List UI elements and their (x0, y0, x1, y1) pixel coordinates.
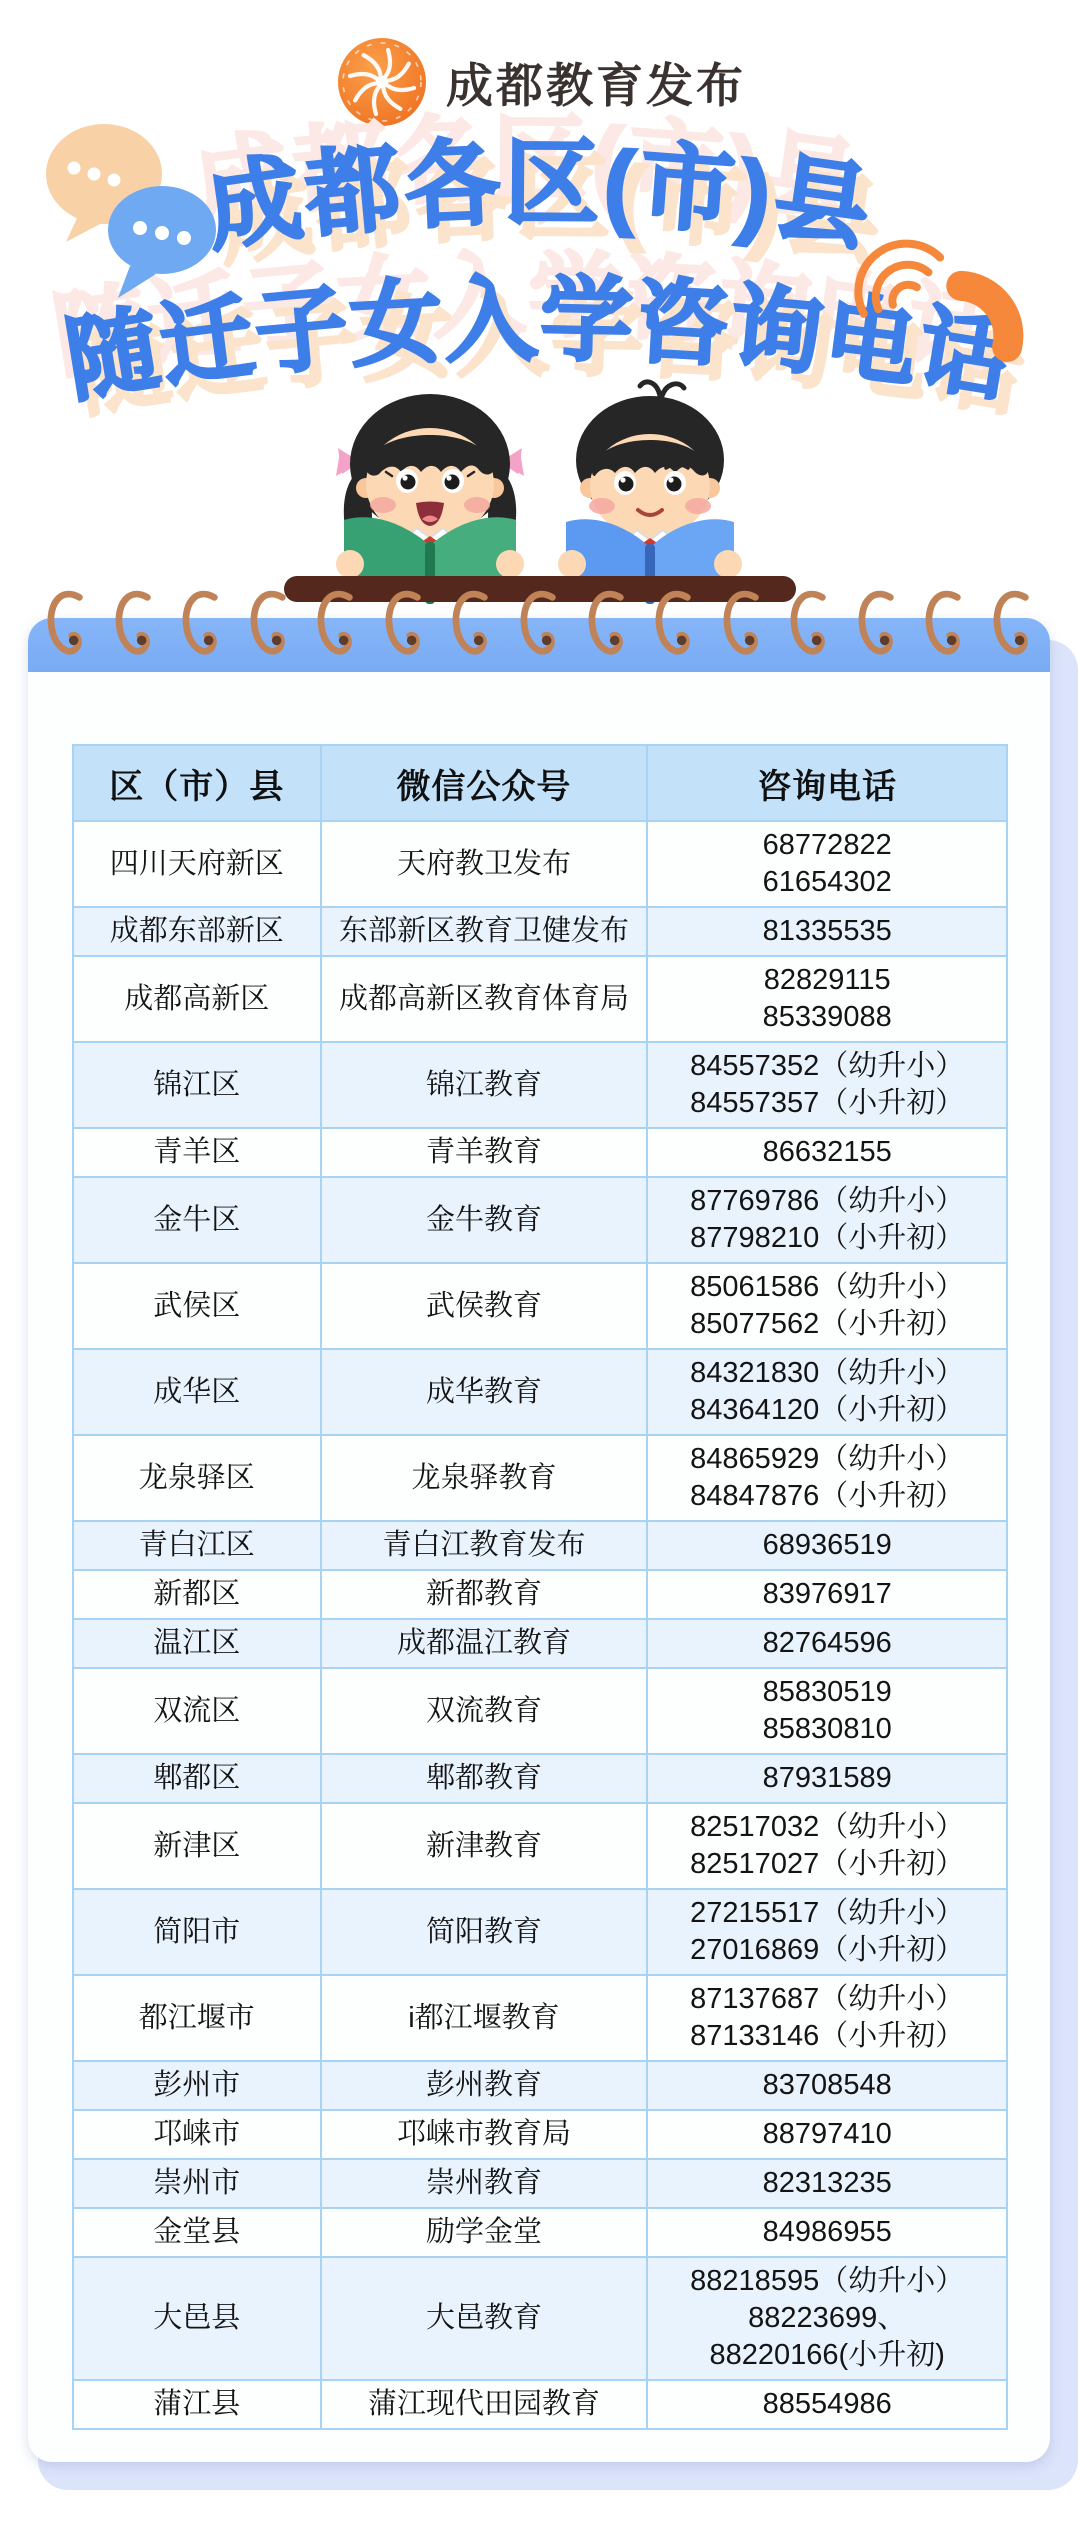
header-phone: 咨询电话 (647, 745, 1007, 821)
district-cell: 龙泉驿区 (73, 1435, 321, 1521)
spiral-ring-icon (585, 584, 629, 670)
header-wechat-account: 微信公众号 (321, 745, 648, 821)
account-cell: 蒲江现代田园教育 (321, 2380, 648, 2429)
spiral-ring-icon (449, 584, 493, 670)
header-district: 区（市）县 (73, 745, 321, 821)
account-cell: 天府教卫发布 (321, 821, 648, 907)
district-cell: 蒲江县 (73, 2380, 321, 2429)
district-cell: 成都高新区 (73, 956, 321, 1042)
spiral-ring-icon (922, 584, 966, 670)
district-cell: 青羊区 (73, 1128, 321, 1177)
phone-cell: 82764596 (647, 1619, 1007, 1668)
notebook-page: 区（市）县 微信公众号 咨询电话 四川天府新区天府教卫发布68772822 61… (28, 618, 1050, 2462)
table-header-row: 区（市）县 微信公众号 咨询电话 (73, 745, 1007, 821)
phone-cell: 82829115 85339088 (647, 956, 1007, 1042)
table-row: 龙泉驿区龙泉驿教育84865929（幼升小） 84847876（小升初） (73, 1435, 1007, 1521)
table-row: 简阳市简阳教育27215517（幼升小） 27016869（小升初） (73, 1889, 1007, 1975)
contact-table-wrap: 区（市）县 微信公众号 咨询电话 四川天府新区天府教卫发布68772822 61… (72, 744, 1008, 2430)
table-row: 青白江区青白江教育发布68936519 (73, 1521, 1007, 1570)
children-reading-illustration (280, 372, 800, 607)
logo-title: 成都教育发布 (446, 49, 746, 116)
table-row: 成华区成华教育84321830（幼升小） 84364120（小升初） (73, 1349, 1007, 1435)
phone-cell: 84321830（幼升小） 84364120（小升初） (647, 1349, 1007, 1435)
phone-cell: 68772822 61654302 (647, 821, 1007, 907)
spiral-ring-icon (179, 584, 223, 670)
account-cell: 励学金堂 (321, 2208, 648, 2257)
phone-cell: 84986955 (647, 2208, 1007, 2257)
district-cell: 大邑县 (73, 2257, 321, 2380)
account-cell: 成华教育 (321, 1349, 648, 1435)
table-row: 金堂县励学金堂84986955 (73, 2208, 1007, 2257)
district-cell: 简阳市 (73, 1889, 321, 1975)
district-cell: 双流区 (73, 1668, 321, 1754)
phone-cell: 87137687（幼升小） 87133146（小升初） (647, 1975, 1007, 2061)
phone-cell: 88554986 (647, 2380, 1007, 2429)
district-cell: 崇州市 (73, 2159, 321, 2208)
district-cell: 锦江区 (73, 1042, 321, 1128)
account-cell: 龙泉驿教育 (321, 1435, 648, 1521)
table-row: 新津区新津教育82517032（幼升小） 82517027（小升初） (73, 1803, 1007, 1889)
phone-cell: 83708548 (647, 2061, 1007, 2110)
phone-cell: 86632155 (647, 1128, 1007, 1177)
phone-cell: 82517032（幼升小） 82517027（小升初） (647, 1803, 1007, 1889)
phone-cell: 27215517（幼升小） 27016869（小升初） (647, 1889, 1007, 1975)
account-cell: 崇州教育 (321, 2159, 648, 2208)
table-row: 大邑县大邑教育88218595（幼升小） 88223699、88220166(小… (73, 2257, 1007, 2380)
contact-table: 区（市）县 微信公众号 咨询电话 四川天府新区天府教卫发布68772822 61… (72, 744, 1008, 2430)
phone-cell: 84557352（幼升小） 84557357（小升初） (647, 1042, 1007, 1128)
table-row: 青羊区青羊教育86632155 (73, 1128, 1007, 1177)
phone-cell: 84865929（幼升小） 84847876（小升初） (647, 1435, 1007, 1521)
account-cell: 金牛教育 (321, 1177, 648, 1263)
table-row: 双流区双流教育85830519 85830810 (73, 1668, 1007, 1754)
district-cell: 新都区 (73, 1570, 321, 1619)
spiral-ring-icon (652, 584, 696, 670)
table-row: 新都区新都教育83976917 (73, 1570, 1007, 1619)
table-row: 郫都区郫都教育87931589 (73, 1754, 1007, 1803)
account-cell: 新津教育 (321, 1803, 648, 1889)
table-body: 四川天府新区天府教卫发布68772822 61654302成都东部新区东部新区教… (73, 821, 1007, 2429)
phone-cell: 82313235 (647, 2159, 1007, 2208)
spiral-ring-icon (720, 584, 764, 670)
district-cell: 彭州市 (73, 2061, 321, 2110)
table-row: 温江区成都温江教育82764596 (73, 1619, 1007, 1668)
account-cell: 彭州教育 (321, 2061, 648, 2110)
district-cell: 温江区 (73, 1619, 321, 1668)
account-cell: 大邑教育 (321, 2257, 648, 2380)
spiral-ring-icon (382, 584, 426, 670)
phone-cell: 88797410 (647, 2110, 1007, 2159)
district-cell: 新津区 (73, 1803, 321, 1889)
phone-cell: 68936519 (647, 1521, 1007, 1570)
boy-reading (558, 382, 742, 604)
account-cell: i都江堰教育 (321, 1975, 648, 2061)
account-cell: 成都温江教育 (321, 1619, 648, 1668)
account-cell: 武侯教育 (321, 1263, 648, 1349)
phone-cell: 87931589 (647, 1754, 1007, 1803)
account-cell: 郫都教育 (321, 1754, 648, 1803)
phone-cell: 88218595（幼升小） 88223699、88220166(小升初) (647, 2257, 1007, 2380)
table-row: 蒲江县蒲江现代田园教育88554986 (73, 2380, 1007, 2429)
phone-cell: 87769786（幼升小） 87798210（小升初） (647, 1177, 1007, 1263)
district-cell: 金牛区 (73, 1177, 321, 1263)
account-cell: 青白江教育发布 (321, 1521, 648, 1570)
table-row: 崇州市崇州教育82313235 (73, 2159, 1007, 2208)
binding-bar (28, 618, 1050, 672)
table-row: 四川天府新区天府教卫发布68772822 61654302 (73, 821, 1007, 907)
district-cell: 郫都区 (73, 1754, 321, 1803)
phone-cell: 83976917 (647, 1570, 1007, 1619)
phone-cell: 85061586（幼升小） 85077562（小升初） (647, 1263, 1007, 1349)
account-cell: 成都高新区教育体育局 (321, 956, 648, 1042)
table-row: 彭州市彭州教育83708548 (73, 2061, 1007, 2110)
district-cell: 青白江区 (73, 1521, 321, 1570)
account-cell: 新都教育 (321, 1570, 648, 1619)
table-row: 成都东部新区东部新区教育卫健发布81335535 (73, 907, 1007, 956)
account-cell: 邛崃市教育局 (321, 2110, 648, 2159)
spiral-ring-icon (787, 584, 831, 670)
spiral-ring-icon (517, 584, 561, 670)
account-cell: 简阳教育 (321, 1889, 648, 1975)
phone-cell: 85830519 85830810 (647, 1668, 1007, 1754)
spiral-ring-icon (990, 584, 1034, 670)
table-row: 锦江区锦江教育84557352（幼升小） 84557357（小升初） (73, 1042, 1007, 1128)
district-cell: 成华区 (73, 1349, 321, 1435)
account-cell: 东部新区教育卫健发布 (321, 907, 648, 956)
spiral-ring-icon (112, 584, 156, 670)
table-row: 都江堰市i都江堰教育87137687（幼升小） 87133146（小升初） (73, 1975, 1007, 2061)
account-cell: 双流教育 (321, 1668, 648, 1754)
district-cell: 邛崃市 (73, 2110, 321, 2159)
spiral-ring-icon (44, 584, 88, 670)
table-row: 武侯区武侯教育85061586（幼升小） 85077562（小升初） (73, 1263, 1007, 1349)
phone-cell: 81335535 (647, 907, 1007, 956)
table-row: 金牛区金牛教育87769786（幼升小） 87798210（小升初） (73, 1177, 1007, 1263)
district-cell: 四川天府新区 (73, 821, 321, 907)
district-cell: 武侯区 (73, 1263, 321, 1349)
table-row: 成都高新区成都高新区教育体育局82829115 85339088 (73, 956, 1007, 1042)
table-row: 邛崃市邛崃市教育局88797410 (73, 2110, 1007, 2159)
spiral-ring-icon (855, 584, 899, 670)
account-cell: 锦江教育 (321, 1042, 648, 1128)
spiral-rings (44, 584, 1034, 672)
spiral-ring-icon (247, 584, 291, 670)
spiral-ring-icon (314, 584, 358, 670)
girl-reading (336, 394, 524, 604)
district-cell: 都江堰市 (73, 1975, 321, 2061)
district-cell: 成都东部新区 (73, 907, 321, 956)
account-cell: 青羊教育 (321, 1128, 648, 1177)
district-cell: 金堂县 (73, 2208, 321, 2257)
